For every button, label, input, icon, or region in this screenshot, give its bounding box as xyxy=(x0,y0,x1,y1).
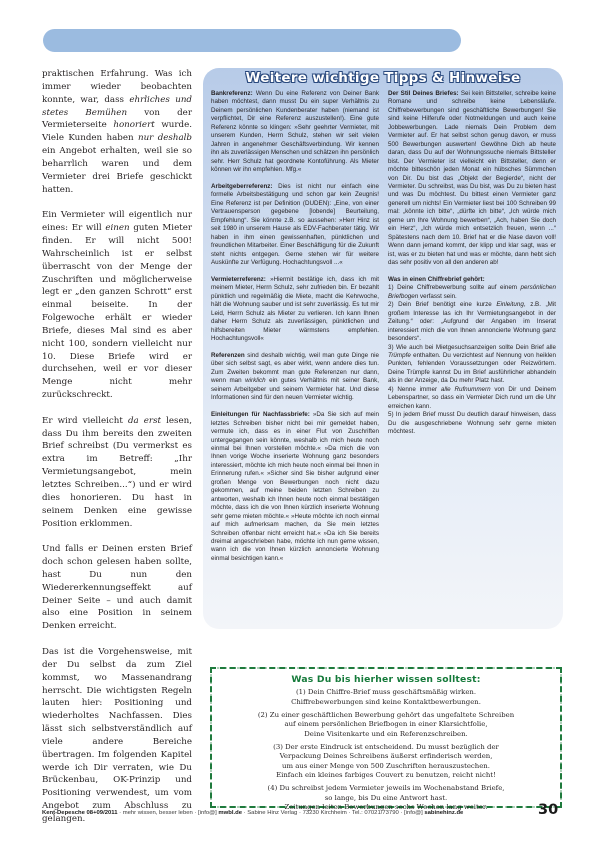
summary-item: (4) Du schreibst jedem Vermieter jeweils… xyxy=(212,784,560,813)
summary-list: (1) Dein Chiffre-Brief muss geschäftsmäß… xyxy=(212,688,560,813)
chiffre-item: 4) Nenne immer alle Rufnummern von Dir u… xyxy=(388,386,556,411)
tip-0: Bankreferenz: Wenn Du eine Referenz von … xyxy=(211,90,379,175)
footer-text: · Sabine Hinz Verlag · 73230 Kirchheim ·… xyxy=(242,810,424,816)
footer-link-sabinehinz[interactable]: sabinehinz.de xyxy=(424,810,463,816)
chiffre-item: 5) In jedem Brief musst Du deutlich dara… xyxy=(388,411,556,436)
summary-box: Was Du bis hierher wissen solltest: (1) … xyxy=(210,667,562,808)
tips-column-right: Der Stil Deines Briefes: Sei kein Bittst… xyxy=(388,90,556,572)
footer-link-mwbl[interactable]: mwbl.de xyxy=(218,810,242,816)
summary-item: (1) Dein Chiffre-Brief muss geschäftsmäß… xyxy=(212,688,560,707)
body-paragraph: Und falls er Deinen ersten Brief doch sc… xyxy=(42,543,192,633)
page-number: 30 xyxy=(538,802,558,818)
footer: Kent-Depesche 08+09/2011 · mehr wissen, … xyxy=(42,810,463,816)
summary-item: (2) Zu einer geschäftlichen Bewerbung ge… xyxy=(212,711,560,740)
body-paragraph: praktischen Erfahrung. Was ich immer wie… xyxy=(42,68,192,196)
summary-item: (3) Der erste Eindruck ist entscheidend.… xyxy=(212,743,560,781)
body-paragraph: Ein Vermieter will eigentlich nur eines:… xyxy=(42,209,192,402)
body-paragraph: Das ist die Vorgehensweise, mit der Du s… xyxy=(42,646,192,826)
tip-4: Einleitungen für Nachfassbriefe: »Da Sie… xyxy=(211,411,379,563)
tips-column-left: Bankreferenz: Wenn Du eine Referenz von … xyxy=(211,90,379,572)
chiffre-item: 2) Dein Brief benötigt eine kurze Einlei… xyxy=(388,301,556,343)
main-text-column: praktischen Erfahrung. Was ich immer wie… xyxy=(42,68,192,826)
tip-3: Referenzen sind deshalb wichtig, weil ma… xyxy=(211,352,379,403)
tips-box: Weitere wichtige Tipps & Hinweise Bankre… xyxy=(203,68,563,629)
tip-stil: Der Stil Deines Briefes: Sei kein Bittst… xyxy=(388,90,556,268)
tips-box-title: Weitere wichtige Tipps & Hinweise xyxy=(203,70,563,86)
header-bar xyxy=(43,29,461,52)
footer-text: · mehr wissen, besser leben · [info@] xyxy=(117,810,218,816)
summary-title: Was Du bis hierher wissen solltest: xyxy=(212,674,560,685)
body-paragraph: Er wird vielleicht da erst lesen, dass D… xyxy=(42,415,192,531)
chiffre-heading: Was in einen Chiffrebrief gehört: xyxy=(388,276,556,284)
tip-1: Arbeitgeberreferenz: Dies ist nicht nur … xyxy=(211,183,379,268)
tip-2: Vermieterreferenz: »Hiermit bestätige ic… xyxy=(211,276,379,344)
footer-publication: Kent-Depesche 08+09/2011 xyxy=(42,810,117,816)
chiffre-item: 3) Wie auch bei Mietgesuchsanzeigen soll… xyxy=(388,344,556,386)
chiffre-item: 1) Deine Chiffrebewerbung sollte auf ein… xyxy=(388,284,556,301)
